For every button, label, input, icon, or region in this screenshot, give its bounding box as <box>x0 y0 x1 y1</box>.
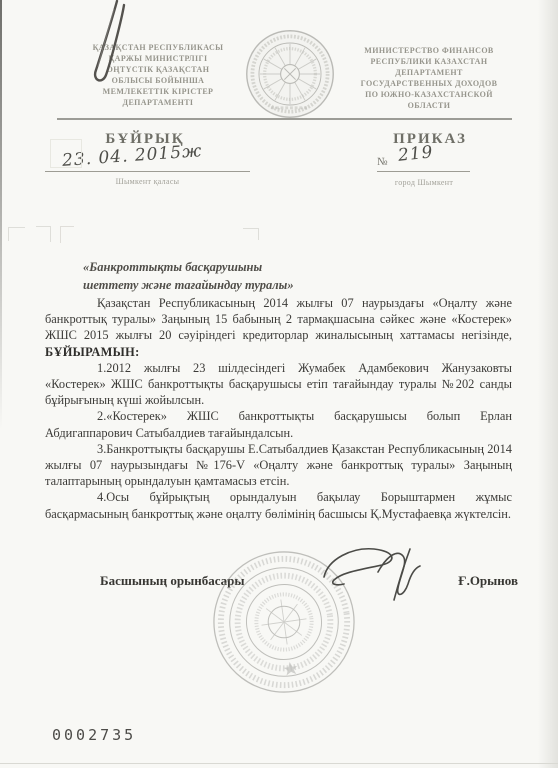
scan-edge-bottom <box>0 763 558 764</box>
order-item-2: 2.«Костерек» ЖШС банкроттықты басқарушыс… <box>45 408 512 440</box>
scan-edge-left <box>0 0 2 430</box>
org-line: ПО ЮЖНО-КАЗАХСТАНСКОЙ <box>330 89 528 100</box>
form-serial-number: 0002735 <box>52 726 136 744</box>
preamble-paragraph: Қазақстан Республикасының 2014 жылғы 07 … <box>45 295 512 360</box>
subject-line: шеттету және тағайындау туралы» <box>83 276 363 294</box>
scanned-order-document: ҚАЗАҚСТАН РЕСПУБЛИКАСЫ ҚАРЖЫ МИНИСТРЛІГІ… <box>0 0 558 768</box>
org-line: ДЕПАРТАМЕНТІ <box>63 97 253 108</box>
order-body: Қазақстан Республикасының 2014 жылғы 07 … <box>45 295 512 522</box>
signature-scrawl-icon <box>318 541 430 609</box>
copy-artifact <box>243 228 259 240</box>
org-line: РЕСПУБЛИКИ КАЗАХСТАН <box>330 56 528 67</box>
place-label-kazakh: Шымкент қаласы <box>45 177 250 186</box>
paperclip-icon <box>72 0 132 92</box>
copy-artifact <box>8 227 25 241</box>
number-underline <box>377 171 470 172</box>
copy-artifact <box>36 226 51 242</box>
header-divider <box>57 118 512 120</box>
org-line: ГОСУДАРСТВЕННЫХ ДОХОДОВ <box>330 78 528 89</box>
org-line: ДЕПАРТАМЕНТ <box>330 67 528 78</box>
order-item-1: 1.2012 жылғы 23 шілдесіндегі Жумабек Ада… <box>45 360 512 409</box>
order-item-4: 4.Осы бұйрықтың орындалуын бақылау Борыш… <box>45 489 512 521</box>
order-date-handwritten: 23. 04. 2015ж <box>61 141 203 171</box>
order-number-handwritten: 219 <box>397 142 434 166</box>
preamble-text: Қазақстан Республикасының 2014 жылғы 07 … <box>45 296 512 342</box>
order-number-label: № <box>377 156 388 168</box>
org-line: МИНИСТЕРСТВО ФИНАНСОВ <box>330 45 528 56</box>
signer-name: Ғ.Орынов <box>458 573 518 589</box>
order-word: БҰЙЫРАМЫН: <box>45 345 140 359</box>
issuing-org-russian: МИНИСТЕРСТВО ФИНАНСОВ РЕСПУБЛИКИ КАЗАХСТ… <box>330 45 528 111</box>
subject-line: «Банкроттықты басқарушыны <box>83 258 363 276</box>
scan-edge-right <box>538 0 558 768</box>
order-item-3: 3.Банкроттықты басқарушы Е.Сатыбалдиев Қ… <box>45 441 512 490</box>
org-line: ОБЛАСТИ <box>330 100 528 111</box>
copy-artifact <box>60 226 74 243</box>
copy-artifact <box>50 139 82 168</box>
place-label-russian: город Шымкент <box>368 178 480 187</box>
kazakhstan-emblem-icon <box>243 27 337 121</box>
date-underline <box>45 171 250 172</box>
order-subject: «Банкроттықты басқарушыны шеттету және т… <box>83 258 363 294</box>
